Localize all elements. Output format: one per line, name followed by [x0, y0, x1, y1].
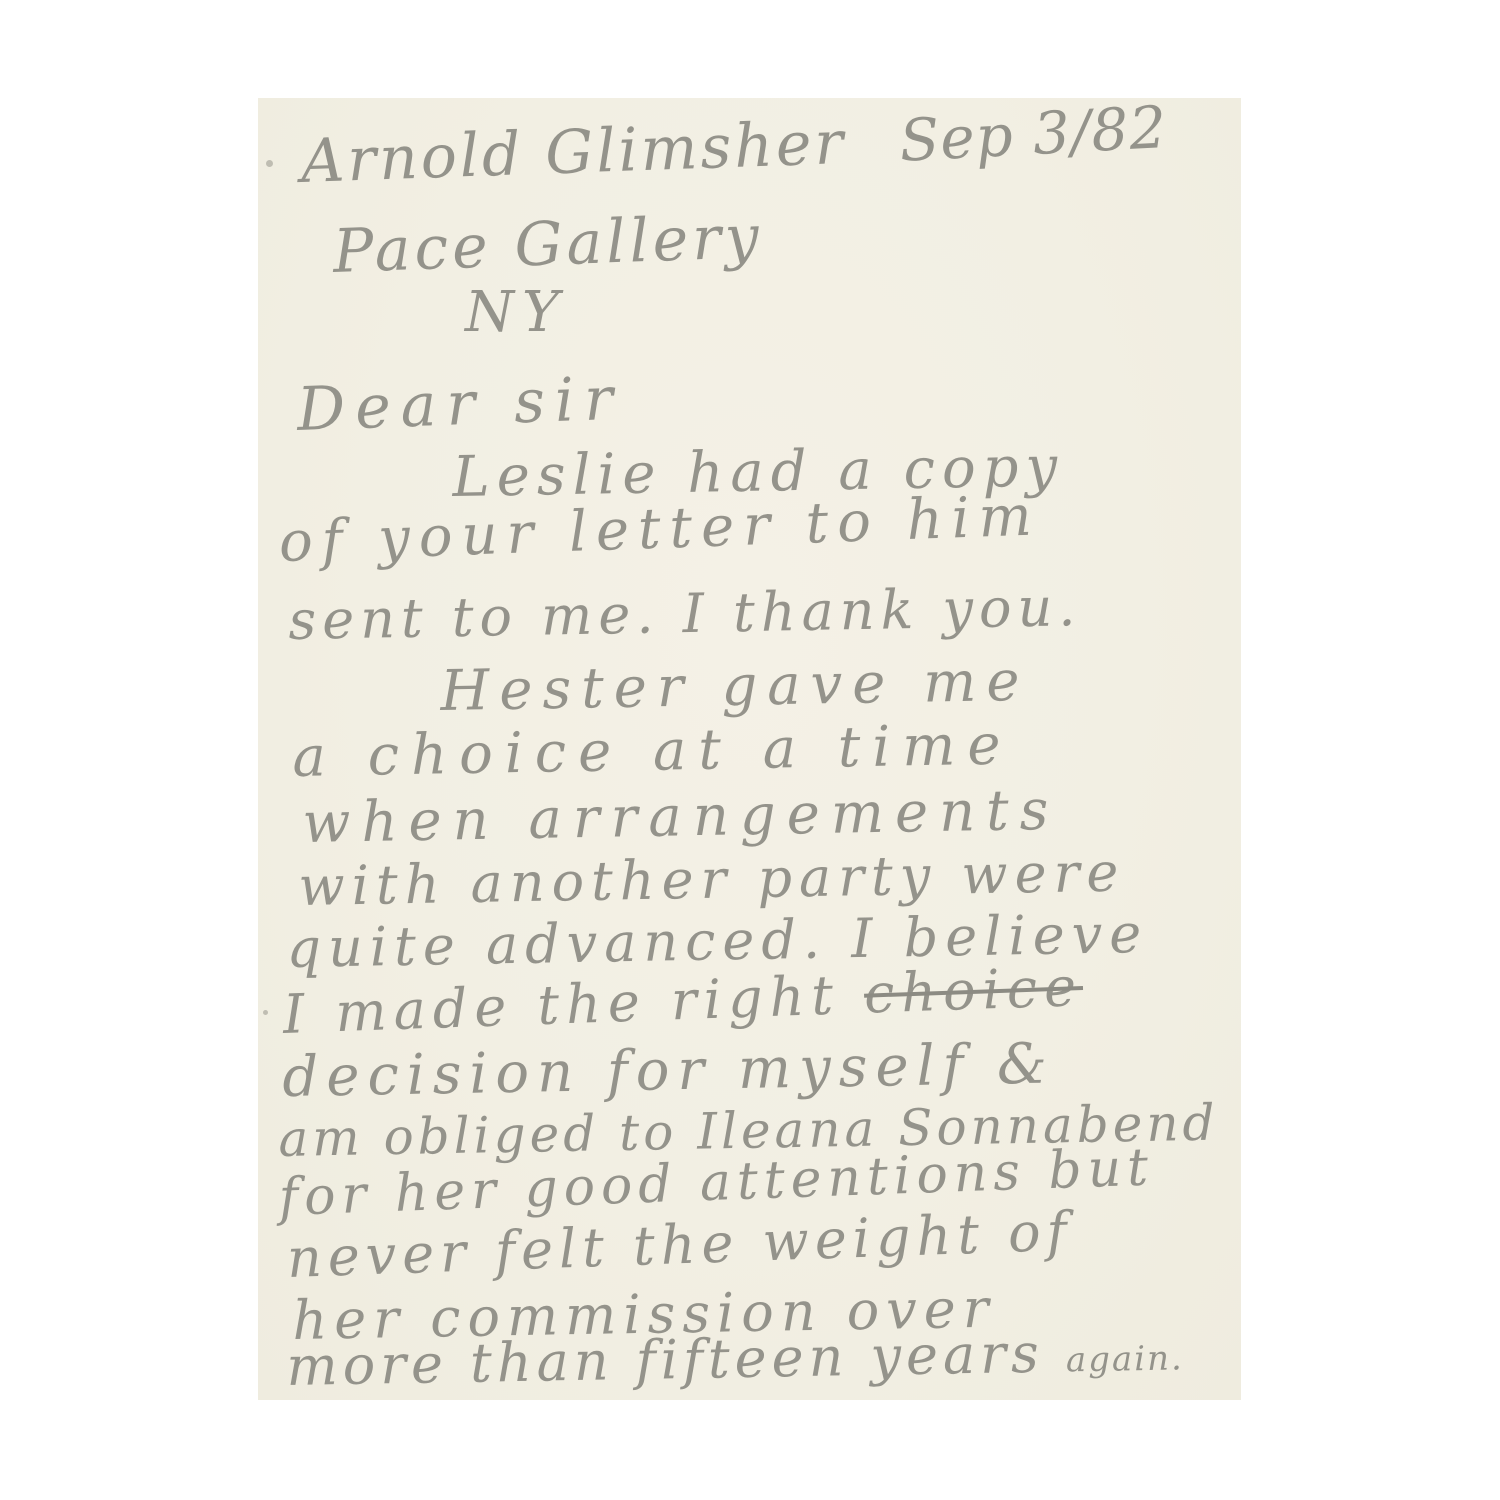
letter-date: Sep 3/82	[898, 98, 1169, 170]
salutation: Dear sir	[296, 369, 624, 440]
salutation-text: Dear sir	[296, 364, 624, 445]
body-line: a choice at a time	[292, 717, 1013, 786]
pencil-speck	[266, 160, 273, 167]
city: NY	[465, 285, 567, 341]
body-line: when arrangements	[302, 783, 1060, 852]
body-line: more than fifteen years again.	[286, 1324, 1184, 1394]
recipient-name: Arnold Glimsher	[300, 113, 847, 192]
gallery-name: Pace Gallery	[332, 207, 764, 282]
struck-word: choice	[863, 955, 1084, 1026]
body-line: sent to me. I thank you.	[288, 580, 1082, 648]
gallery-name-text: Pace Gallery	[332, 202, 764, 287]
body-line: decision for myself &	[282, 1037, 1055, 1106]
trailing-word: again.	[1066, 1338, 1185, 1380]
city-text: NY	[465, 280, 567, 345]
letter-date-text: Sep 3/82	[898, 93, 1169, 175]
body-line: Hester gave me	[440, 654, 1030, 720]
page-background: Arnold Glimsher Sep 3/82 Pace Gallery NY…	[0, 0, 1500, 1500]
pencil-speck	[263, 1010, 268, 1015]
